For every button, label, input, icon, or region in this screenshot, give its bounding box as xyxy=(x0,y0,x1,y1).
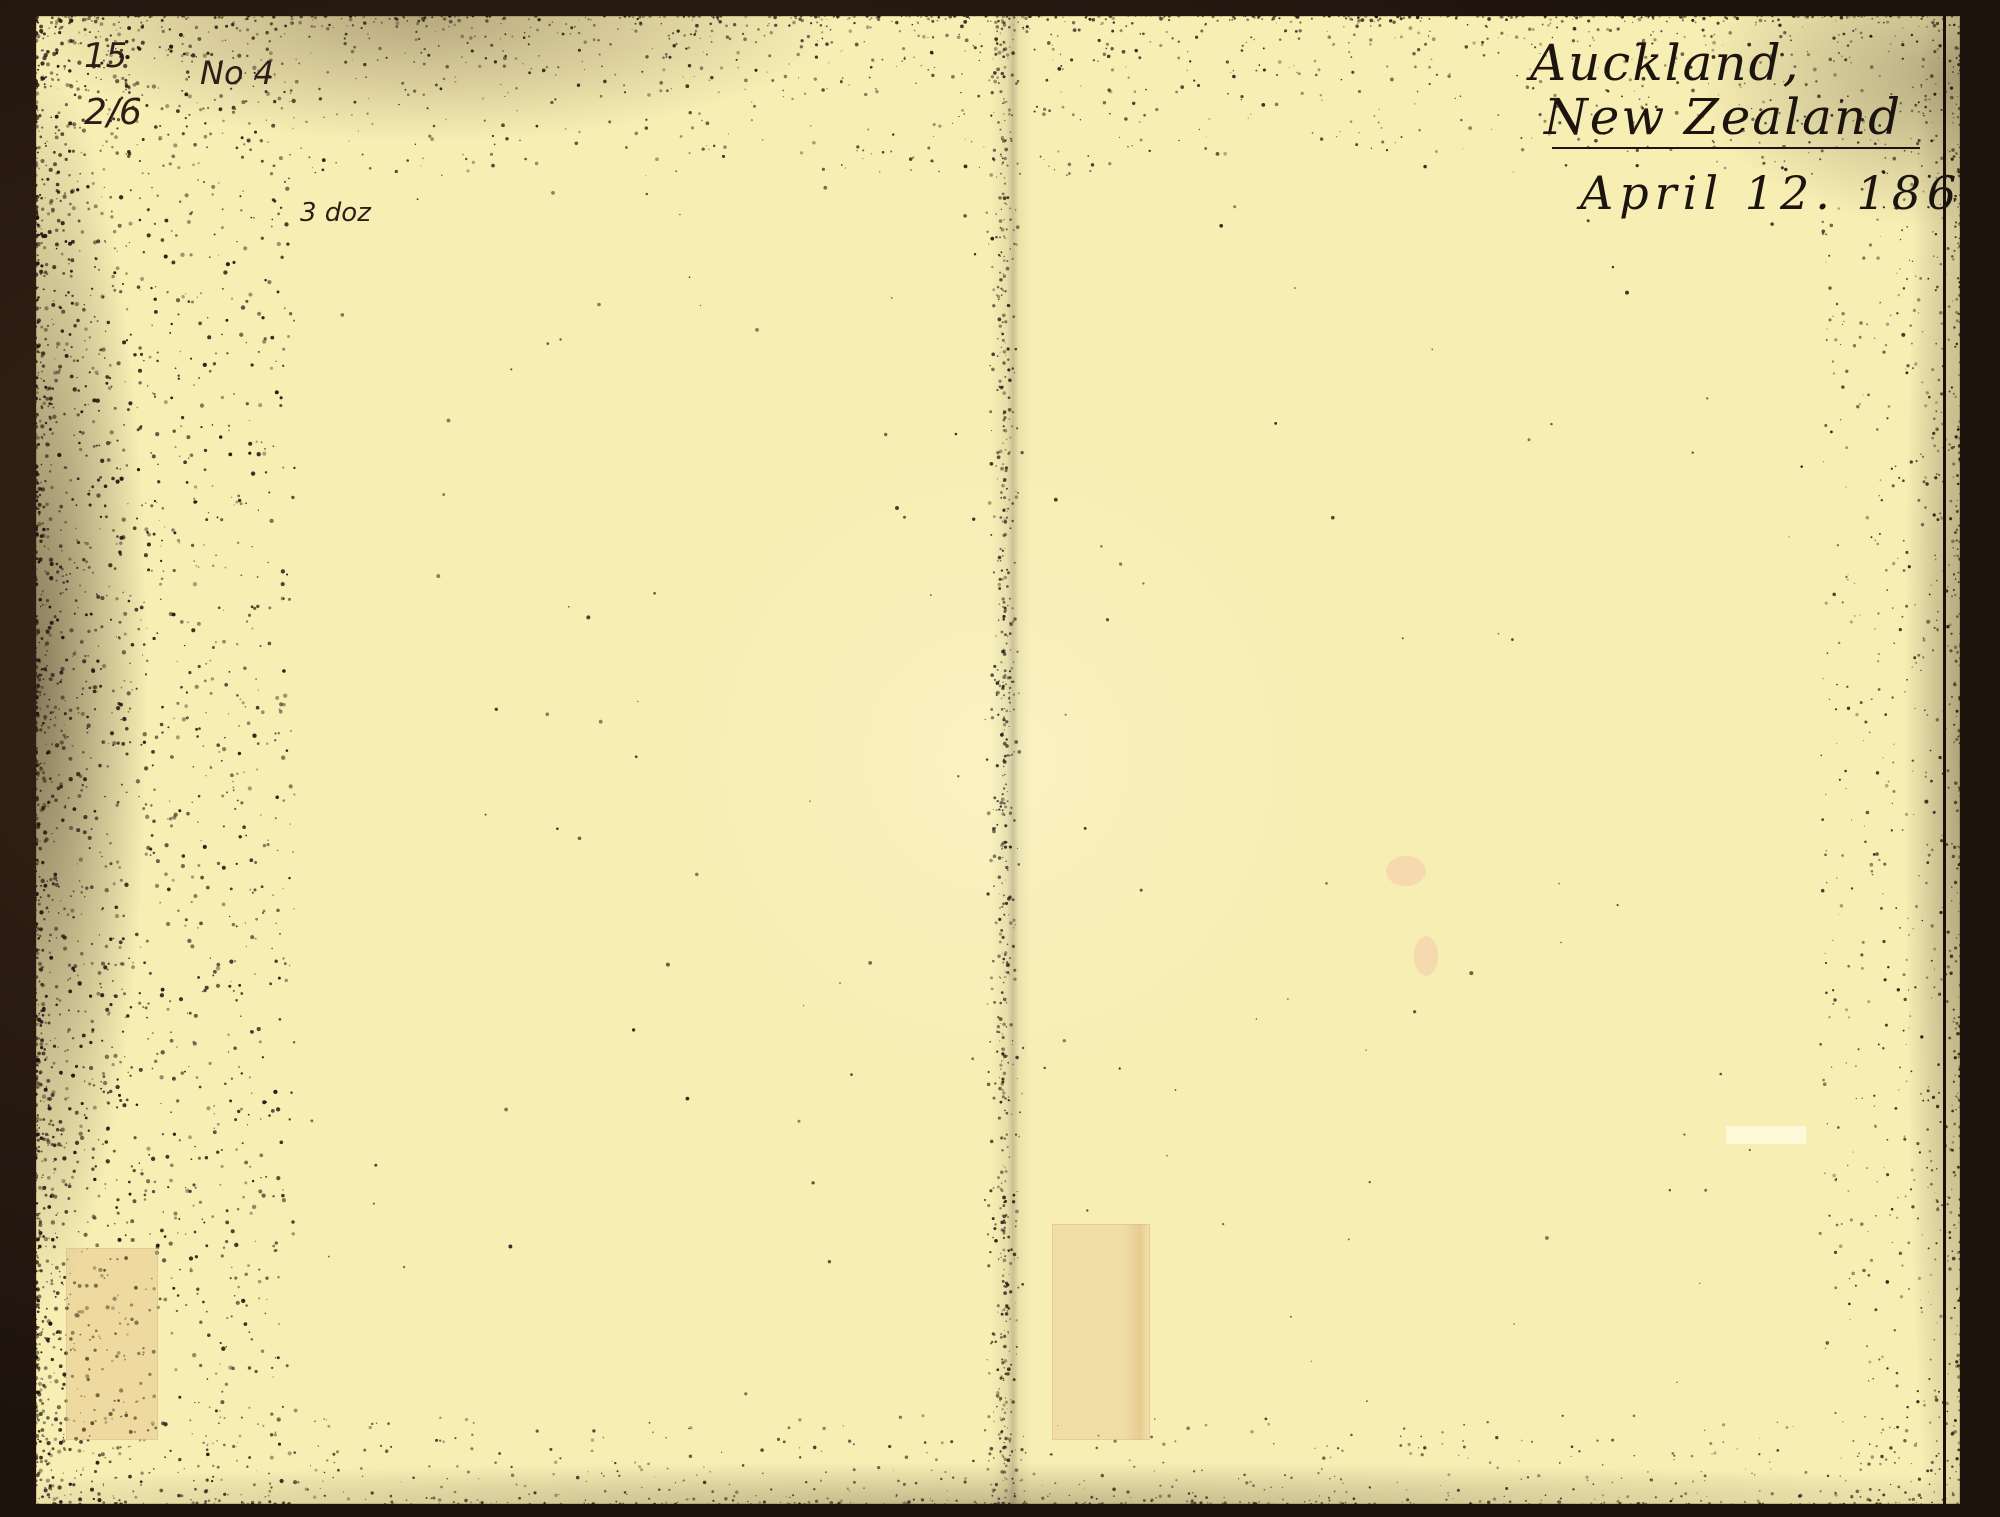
pencil-note: 15 xyxy=(84,36,127,76)
document-sheet: Auckland, New Zealand April 12. 1861. 15… xyxy=(36,16,1960,1504)
place-country: New Zealand xyxy=(1544,88,1902,146)
place-underline xyxy=(1552,147,1920,149)
pencil-note: 2/6 xyxy=(84,92,142,133)
center-fold xyxy=(991,16,1031,1504)
right-edge-border xyxy=(1943,16,1946,1504)
document-date: April 12. 1861. xyxy=(1580,166,1960,220)
tape-residue-left xyxy=(66,1248,158,1440)
pencil-note: 3 doz xyxy=(300,198,371,228)
stain-mark xyxy=(1414,936,1438,976)
stain-mark xyxy=(1386,856,1426,886)
pencil-note: No 4 xyxy=(200,54,274,92)
place-city: Auckland, xyxy=(1530,34,1801,92)
faded-patch xyxy=(1726,1126,1806,1144)
tape-residue-center xyxy=(1052,1224,1150,1440)
